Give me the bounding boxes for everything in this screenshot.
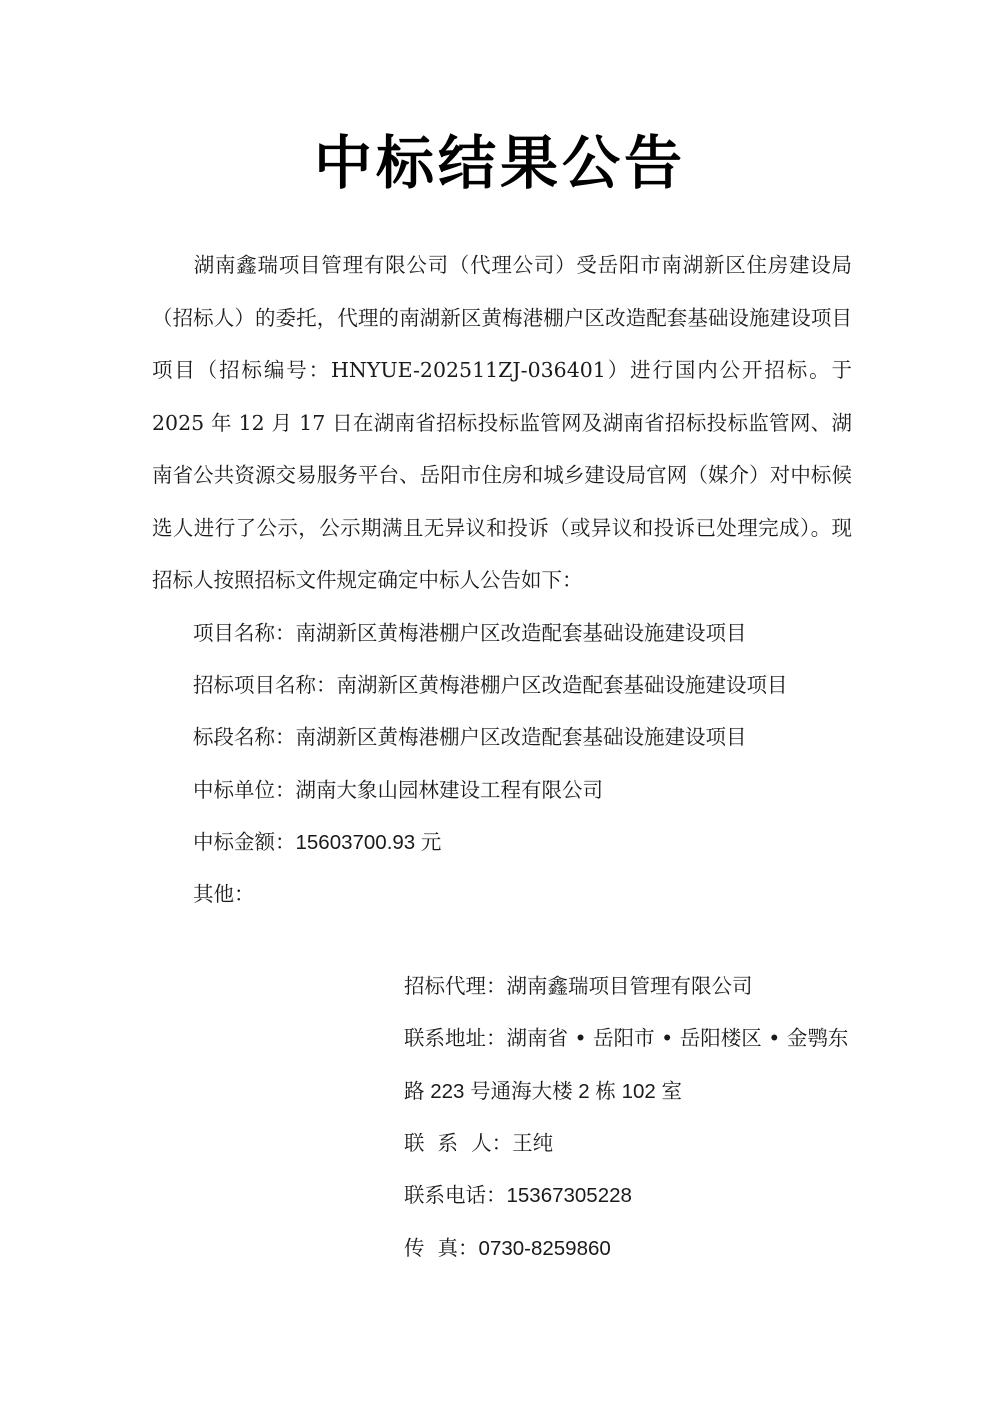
detail-winning-amount: 中标金额：15603700.93 元 [193, 829, 441, 856]
fax-value: 0730-8259860 [479, 1237, 611, 1260]
detail-value: 15603700.93 元 [296, 831, 442, 854]
detail-winning-bidder: 中标单位：湖南大象山园林建设工程有限公司 [193, 777, 603, 803]
agent-address-line1: 联系地址：湖南省 • 岳阳市 • 岳阳楼区 • 金鹗东 [404, 1025, 848, 1051]
detail-value: 湖南大象山园林建设工程有限公司 [296, 778, 604, 802]
detail-label: 标段名称： [193, 725, 296, 749]
agent-address-line2: 路 223 号通海大楼 2 栋 102 室 [404, 1078, 682, 1105]
address-value: 湖南省 • 岳阳市 • 岳阳楼区 • 金鹗东 [507, 1026, 849, 1050]
detail-value: 南湖新区黄梅港棚户区改造配套基础设施建设项目 [337, 673, 788, 697]
detail-section-name: 标段名称：南湖新区黄梅港棚户区改造配套基础设施建设项目 [193, 724, 747, 750]
phone-label: 联系电话： [404, 1183, 507, 1207]
detail-value: 南湖新区黄梅港棚户区改造配套基础设施建设项目 [296, 725, 747, 749]
agent-contact-person: 联 系 人：王纯 [404, 1130, 553, 1156]
detail-label: 项目名称： [193, 621, 296, 645]
detail-label: 招标项目名称： [193, 673, 337, 697]
phone-value: 15367305228 [507, 1184, 632, 1207]
intro-paragraph: 湖南鑫瑞项目管理有限公司（代理公司）受岳阳市南湖新区住房建设局（招标人）的委托，… [152, 239, 852, 607]
detail-tender-project-name: 招标项目名称：南湖新区黄梅港棚户区改造配套基础设施建设项目 [193, 672, 788, 698]
detail-label: 中标单位： [193, 778, 296, 802]
address-value: 路 223 号通海大楼 2 栋 102 室 [404, 1080, 682, 1103]
detail-label: 其他： [193, 882, 255, 906]
detail-label: 中标金额： [193, 830, 296, 854]
detail-other: 其他： [193, 881, 255, 907]
agent-fax: 传 真：0730-8259860 [404, 1235, 611, 1262]
detail-project-name: 项目名称：南湖新区黄梅港棚户区改造配套基础设施建设项目 [193, 620, 747, 646]
agent-label: 招标代理： [404, 974, 507, 998]
contact-label: 联 系 人： [404, 1131, 512, 1155]
agent-phone: 联系电话：15367305228 [404, 1182, 632, 1209]
detail-value: 南湖新区黄梅港棚户区改造配套基础设施建设项目 [296, 621, 747, 645]
contact-value: 王纯 [512, 1131, 553, 1155]
fax-label: 传 真： [404, 1236, 479, 1260]
address-label: 联系地址： [404, 1026, 507, 1050]
intro-text: 湖南鑫瑞项目管理有限公司（代理公司）受岳阳市南湖新区住房建设局（招标人）的委托，… [152, 253, 852, 592]
agent-name: 招标代理：湖南鑫瑞项目管理有限公司 [404, 973, 753, 999]
page-title: 中标结果公告 [0, 128, 1000, 198]
agent-value: 湖南鑫瑞项目管理有限公司 [507, 974, 753, 998]
